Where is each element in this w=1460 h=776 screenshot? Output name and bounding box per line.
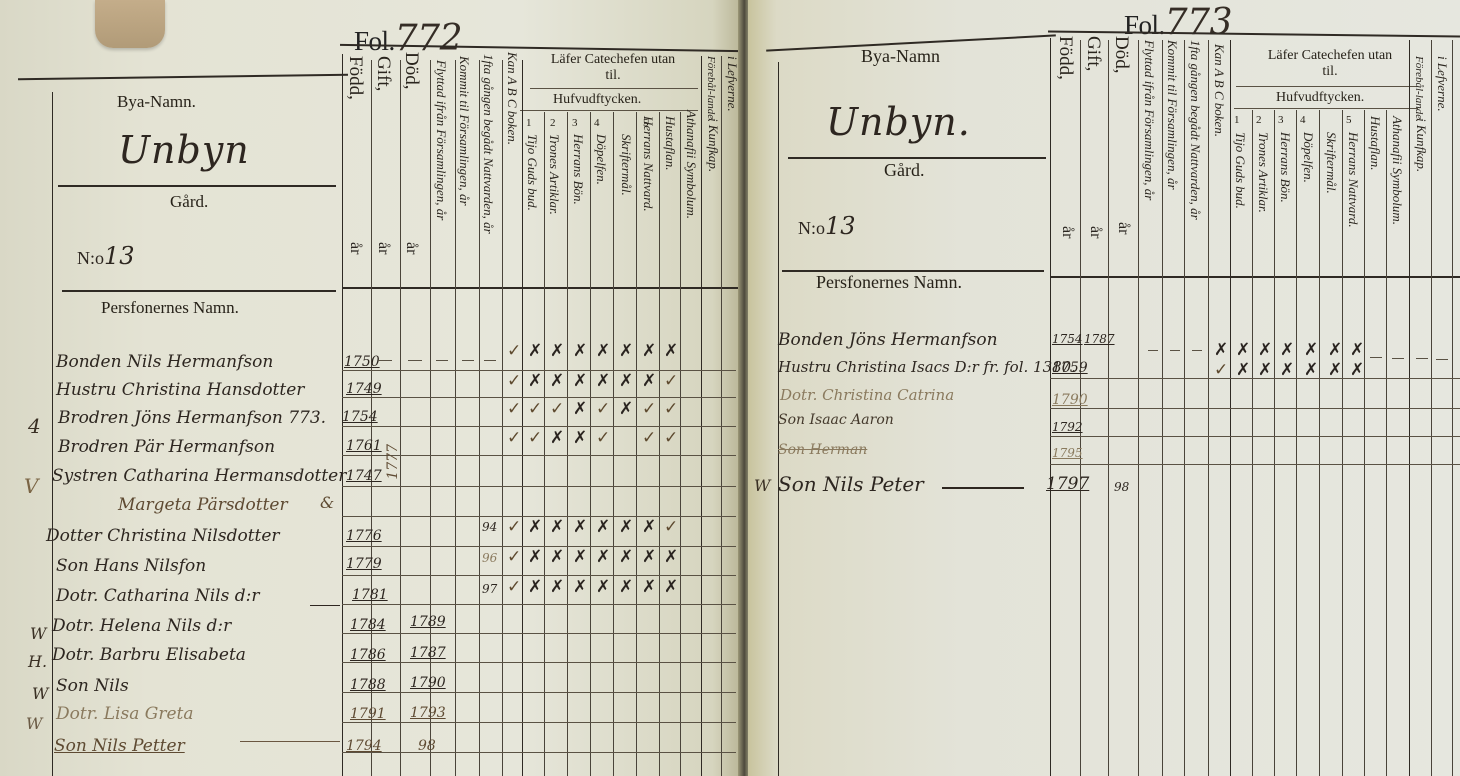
person-communion-year: 96 <box>482 551 497 565</box>
folio-heading: Fol.773 <box>1124 2 1232 43</box>
part-num-2: 2 <box>1256 114 1262 126</box>
person-communion-year: 97 <box>482 582 497 596</box>
check-mark-icon: ✓ <box>596 399 610 419</box>
row-rule <box>342 486 736 487</box>
cross-mark-icon: ✗ <box>664 547 678 567</box>
cross-mark-icon: ✗ <box>528 371 542 391</box>
row-rule <box>342 455 736 456</box>
col-born: Född, <box>344 56 366 100</box>
person-name: Dotr. Helena Nils d:r <box>52 616 231 636</box>
check-mark-icon: ✓ <box>507 399 521 419</box>
grid-col <box>1342 110 1343 776</box>
part-num-4: 4 <box>1300 114 1306 126</box>
person-name: Bonden Nils Hermanfson <box>56 352 273 372</box>
line-filler <box>942 487 1024 489</box>
person-name: Son Hans Nilsfon <box>56 556 206 576</box>
catechism-heading: Läfer Catechefen utan til. <box>1260 48 1400 80</box>
col-moved-from: Flyttad ifrån Församlingen, år <box>1141 40 1157 200</box>
person-died: 98 <box>418 738 436 754</box>
col-lords-supper: Herrans Nattvard. <box>640 116 656 212</box>
dash-mark <box>1436 359 1448 360</box>
left-page: Fol.772 Bya-Namn. Unbyn Gård. N:o13 Pers… <box>0 0 742 776</box>
check-mark-icon: ✓ <box>507 341 521 361</box>
grid-col <box>1386 110 1387 776</box>
row-rule <box>342 722 736 723</box>
line-filler <box>240 741 340 742</box>
dash-mark <box>1370 357 1382 358</box>
cross-mark-icon: ✗ <box>528 517 542 537</box>
dash-mark <box>1148 350 1158 351</box>
check-mark-icon: ✓ <box>1214 360 1228 380</box>
col-athanasian-creed: Athanafii Symbolum. <box>683 110 699 219</box>
cross-mark-icon: ✗ <box>1304 360 1318 380</box>
cross-mark-icon: ✗ <box>1258 360 1272 380</box>
cross-mark-icon: ✗ <box>642 371 656 391</box>
col-moved-to: Kommit til Församlingen, år <box>1164 40 1180 190</box>
margin-note: H. <box>28 652 47 671</box>
check-mark-icon: ✓ <box>507 428 521 448</box>
col-moved-from: Flyttad ifrån Församlingen, år <box>433 60 449 220</box>
col-confession: Skriftermål. <box>1323 132 1339 194</box>
check-mark-icon: ✓ <box>507 577 521 597</box>
cross-mark-icon: ✗ <box>528 577 542 597</box>
col-confession: Skriftermål. <box>618 134 634 196</box>
catechism-rule <box>530 88 698 89</box>
cross-mark-icon: ✗ <box>1280 340 1294 360</box>
folio-label: Fol. <box>354 26 395 56</box>
cross-mark-icon: ✗ <box>596 577 610 597</box>
cross-mark-icon: ✗ <box>573 341 587 361</box>
person-name: Son Nils <box>56 676 129 696</box>
margin-note: W <box>754 476 770 495</box>
person-born: 1754 <box>1052 332 1083 346</box>
grid-col <box>1364 110 1365 776</box>
ampersand-mark: & <box>320 493 334 512</box>
cross-mark-icon: ✗ <box>1350 340 1364 360</box>
persons-label: Persfonernes Namn. <box>101 298 239 318</box>
grid-col <box>721 56 722 776</box>
person-name: Dotr. Lisa Greta <box>56 704 194 724</box>
col-ten-commandments: Tijo Guds bud. <box>524 134 540 211</box>
person-name: Brodren Jöns Hermanfson 773. <box>58 408 326 428</box>
check-mark-icon: ✓ <box>664 399 678 419</box>
part-num-1: 1 <box>1234 114 1240 126</box>
grid-col <box>680 112 681 776</box>
grid-col <box>701 56 702 776</box>
farm-number-label: N:o <box>798 218 825 238</box>
col-baptism: Döpelfen. <box>1300 132 1316 183</box>
header-bottom-rule <box>342 287 742 289</box>
row-rule <box>342 426 736 427</box>
col-in-knowledge: i Kunfkap. <box>1413 118 1429 172</box>
col-ten-commandments: Tijo Guds bud. <box>1232 132 1248 209</box>
col-house-table: Hustaflan. <box>1367 116 1383 171</box>
grid-col <box>567 112 568 776</box>
check-mark-icon: ✓ <box>596 428 610 448</box>
person-died: 1787 <box>410 645 446 661</box>
col-in-life: i Lefverne. <box>1434 56 1450 112</box>
person-name: Son Nils Peter <box>778 472 924 496</box>
person-married: 1787 <box>1084 332 1115 346</box>
col-abc-book: Kan A B C boken. <box>504 52 520 145</box>
col-died-unit: år <box>1114 222 1132 234</box>
cross-mark-icon: ✗ <box>550 341 564 361</box>
cross-mark-icon: ✗ <box>619 341 633 361</box>
person-died: 1790 <box>410 675 446 691</box>
col-died-unit: år <box>402 242 420 254</box>
person-born: 1750 <box>344 354 380 370</box>
dash-mark <box>1192 350 1202 351</box>
grid-col <box>1296 110 1297 776</box>
person-born: 1790 <box>1052 392 1088 408</box>
grid-col <box>522 60 523 776</box>
cross-mark-icon: ✗ <box>1280 360 1294 380</box>
person-born: 1781 <box>352 587 388 603</box>
col-born-unit: år <box>346 242 364 254</box>
grid-col <box>1274 110 1275 776</box>
cross-mark-icon: ✗ <box>1236 340 1250 360</box>
check-mark-icon: ✓ <box>550 399 564 419</box>
persons-label: Persfonernes Namn. <box>816 272 962 293</box>
grid-col <box>659 112 660 776</box>
part-num-2: 2 <box>550 117 556 129</box>
part-num-3: 3 <box>572 117 578 129</box>
row-rule <box>342 575 736 576</box>
top-rule <box>18 74 348 80</box>
farm-number-label: N:o <box>77 248 104 268</box>
cross-mark-icon: ✗ <box>550 371 564 391</box>
village-label: Bya-Namn <box>861 46 940 67</box>
cross-mark-icon: ✗ <box>619 577 633 597</box>
dash-mark <box>1392 358 1404 359</box>
main-parts-heading: Hufvudftycken. <box>1276 90 1364 106</box>
grid-col <box>1319 110 1320 776</box>
grid-col <box>502 60 503 776</box>
col-married-unit: år <box>374 242 392 254</box>
person-born: 1779 <box>346 556 382 572</box>
part-num-4: 4 <box>594 117 600 129</box>
person-born: 1784 <box>350 617 386 633</box>
grid-col <box>590 112 591 776</box>
col-first-communion: 1fta gången begådt Nattvarden, år <box>1187 40 1203 220</box>
person-name: Dotter Christina Nilsdotter <box>46 526 280 546</box>
col-house-table: Hustaflan. <box>662 116 678 171</box>
cross-mark-icon: ✗ <box>642 577 656 597</box>
col-athanasian-creed: Athanafii Symbolum. <box>1389 116 1405 225</box>
bookmark-ribbon <box>95 0 165 48</box>
row-rule <box>342 633 736 634</box>
row-rule <box>342 692 736 693</box>
cross-mark-icon: ✗ <box>573 428 587 448</box>
farm-number-value: 13 <box>825 212 856 240</box>
cross-mark-icon: ✗ <box>550 517 564 537</box>
person-name: Son Isaac Aaron <box>778 412 894 428</box>
person-name: Bonden Jöns Hermanfson <box>778 330 998 350</box>
margin-note: V <box>24 474 38 498</box>
check-mark-icon: ✓ <box>664 517 678 537</box>
margin-note: W <box>32 684 48 703</box>
col-married-unit: år <box>1086 226 1104 238</box>
col-moved-to: Kommit til Församlingen, år <box>456 56 472 206</box>
cross-mark-icon: ✗ <box>528 547 542 567</box>
cross-mark-icon: ✗ <box>642 341 656 361</box>
person-born: 1795 <box>1052 446 1083 460</box>
row-rule <box>1050 464 1460 465</box>
person-died: 1777 <box>385 444 401 480</box>
cross-mark-icon: ✗ <box>1304 340 1318 360</box>
person-died: 1789 <box>410 614 446 630</box>
col-died: Död, <box>400 52 422 89</box>
cross-mark-icon: ✗ <box>1328 360 1342 380</box>
village-label: Bya-Namn. <box>117 92 196 112</box>
cross-mark-icon: ✗ <box>550 577 564 597</box>
row-rule <box>1050 436 1460 437</box>
grid-col <box>400 60 401 776</box>
catechism-heading: Läfer Catechefen utan til. <box>548 52 678 84</box>
dash-mark <box>462 360 474 361</box>
cross-mark-icon: ✗ <box>664 577 678 597</box>
dash-mark <box>378 360 392 361</box>
header-bottom-rule <box>1050 276 1460 278</box>
check-mark-icon: ✓ <box>507 371 521 391</box>
check-mark-icon: ✓ <box>507 517 521 537</box>
person-born: 1786 <box>350 647 386 663</box>
cross-mark-icon: ✗ <box>619 547 633 567</box>
right-page: Fol.773 Bya-Namn Unbyn. Gård. N:o13 Pers… <box>748 0 1460 776</box>
cross-mark-icon: ✗ <box>1214 340 1228 360</box>
col-abc-book: Kan A B C boken. <box>1211 44 1227 137</box>
person-name: Son Nils Petter <box>54 736 185 756</box>
cross-mark-icon: ✗ <box>573 399 587 419</box>
person-born: 1791 <box>350 706 386 722</box>
col-lords-prayer: Herrans Bön. <box>1277 132 1293 203</box>
person-communion-year: 94 <box>482 520 497 534</box>
cross-mark-icon: ✗ <box>596 371 610 391</box>
cross-mark-icon: ✗ <box>573 577 587 597</box>
check-mark-icon: ✓ <box>642 399 656 419</box>
grid-col <box>544 112 545 776</box>
col-lords-prayer: Herrans Bön. <box>570 134 586 205</box>
margin-note: 4 <box>28 414 41 438</box>
person-born: 1792 <box>1052 420 1083 434</box>
person-born: 1754 <box>342 409 378 425</box>
margin-note: W <box>26 714 42 733</box>
col-articles-of-faith: Trones Artiklar. <box>546 134 562 215</box>
person-name: Dotr. Barbru Elisabeta <box>52 645 246 665</box>
dash-mark <box>1170 350 1180 351</box>
col-married: Gift, <box>1082 36 1104 71</box>
grid-col <box>455 60 456 776</box>
row-rule <box>342 662 736 663</box>
check-mark-icon: ✓ <box>528 399 542 419</box>
cross-mark-icon: ✗ <box>596 341 610 361</box>
grid-col <box>613 112 614 776</box>
main-parts-heading: Hufvudftycken. <box>553 92 641 108</box>
person-name: Hustru Christina Hansdotter <box>56 380 304 400</box>
col-married: Gift, <box>372 56 394 91</box>
person-name: Systren Catharina Hermansdotter <box>52 466 346 486</box>
row-rule <box>342 397 736 398</box>
farm-number: N:o13 <box>77 242 135 270</box>
cross-mark-icon: ✗ <box>550 428 564 448</box>
check-mark-icon: ✓ <box>507 547 521 567</box>
cross-mark-icon: ✗ <box>596 547 610 567</box>
cross-mark-icon: ✗ <box>550 547 564 567</box>
col-preparation: Förebål-lande. <box>1413 56 1425 122</box>
cross-mark-icon: ✗ <box>642 517 656 537</box>
folio-number: 773 <box>1165 2 1232 43</box>
farm-label: Gård. <box>170 192 208 212</box>
cross-mark-icon: ✗ <box>528 341 542 361</box>
cross-mark-icon: ✗ <box>619 371 633 391</box>
village-rule <box>58 185 336 187</box>
check-mark-icon: ✓ <box>664 371 678 391</box>
person-died: 98 <box>1114 480 1129 494</box>
col-in-knowledge: i Kunfkap. <box>705 118 721 172</box>
col-born: Född, <box>1054 36 1076 80</box>
check-mark-icon: ✓ <box>664 428 678 448</box>
main-parts-rule <box>520 110 698 111</box>
person-born: 1761 <box>346 438 382 454</box>
line-filler <box>310 605 340 606</box>
person-born: 1797 <box>1046 474 1089 494</box>
margin-note: W <box>30 624 46 643</box>
person-born: 1759 <box>1052 360 1088 376</box>
person-name: Dotr. Catharina Nils d:r <box>56 586 260 606</box>
cross-mark-icon: ✗ <box>573 547 587 567</box>
person-name: Margeta Pärsdotter <box>118 495 288 515</box>
col-first-communion: 1fta gången begådt Nattvarden, år <box>480 54 496 234</box>
person-born: 1747 <box>346 468 382 484</box>
cross-mark-icon: ✗ <box>642 547 656 567</box>
col-died: Död, <box>1110 36 1132 73</box>
cross-mark-icon: ✗ <box>1328 340 1342 360</box>
grid-col <box>479 60 480 776</box>
col-articles-of-faith: Trones Artiklar. <box>1255 132 1271 213</box>
village-name: Unbyn. <box>826 100 971 144</box>
dash-mark <box>1416 358 1428 359</box>
catechism-rule <box>1236 86 1416 87</box>
part-num-1: 1 <box>526 117 532 129</box>
farm-label: Gård. <box>884 160 924 181</box>
check-mark-icon: ✓ <box>642 428 656 448</box>
village-rule <box>788 157 1046 159</box>
cross-mark-icon: ✗ <box>619 517 633 537</box>
main-parts-rule <box>1234 108 1418 109</box>
farm-number: N:o13 <box>798 212 856 240</box>
cross-mark-icon: ✗ <box>573 517 587 537</box>
person-died: 1793 <box>410 705 446 721</box>
grid-col <box>430 60 431 776</box>
person-born: 1749 <box>346 381 382 397</box>
cross-mark-icon: ✗ <box>619 399 633 419</box>
row-rule <box>1050 378 1460 379</box>
persons-rule <box>62 290 336 292</box>
person-name: Dotr. Christina Catrina <box>780 386 954 404</box>
row-rule <box>342 604 736 605</box>
person-name: Hustru Christina Isacs D:r fr. fol. 1380… <box>778 358 1076 376</box>
cross-mark-icon: ✗ <box>596 517 610 537</box>
person-name: Brodren Pär Hermanfson <box>58 437 275 457</box>
cross-mark-icon: ✗ <box>573 371 587 391</box>
person-born: 1794 <box>346 738 382 754</box>
cross-mark-icon: ✗ <box>1350 360 1364 380</box>
cross-mark-icon: ✗ <box>1258 340 1272 360</box>
col-lords-supper: Herrans Nattvard. <box>1345 132 1361 228</box>
name-block-left-border <box>52 92 53 776</box>
col-preparation: Förebål-lande. <box>705 56 717 122</box>
cross-mark-icon: ✗ <box>1236 360 1250 380</box>
cross-mark-icon: ✗ <box>664 341 678 361</box>
person-born: 1788 <box>350 677 386 693</box>
row-rule <box>1050 408 1460 409</box>
grid-col <box>636 112 637 776</box>
part-num-3: 3 <box>1278 114 1284 126</box>
col-born-unit: år <box>1058 226 1076 238</box>
dash-mark <box>436 360 448 361</box>
grid-col <box>1252 110 1253 776</box>
village-name: Unbyn <box>118 128 250 172</box>
dash-mark <box>408 360 422 361</box>
person-name: Son Herman <box>778 442 867 458</box>
farm-number-value: 13 <box>104 242 135 270</box>
col-baptism: Döpelfen. <box>593 134 609 185</box>
check-mark-icon: ✓ <box>528 428 542 448</box>
person-born: 1776 <box>346 528 382 544</box>
dash-mark <box>484 360 496 361</box>
row-rule <box>342 752 736 753</box>
part-num-5: 5 <box>1346 114 1352 126</box>
